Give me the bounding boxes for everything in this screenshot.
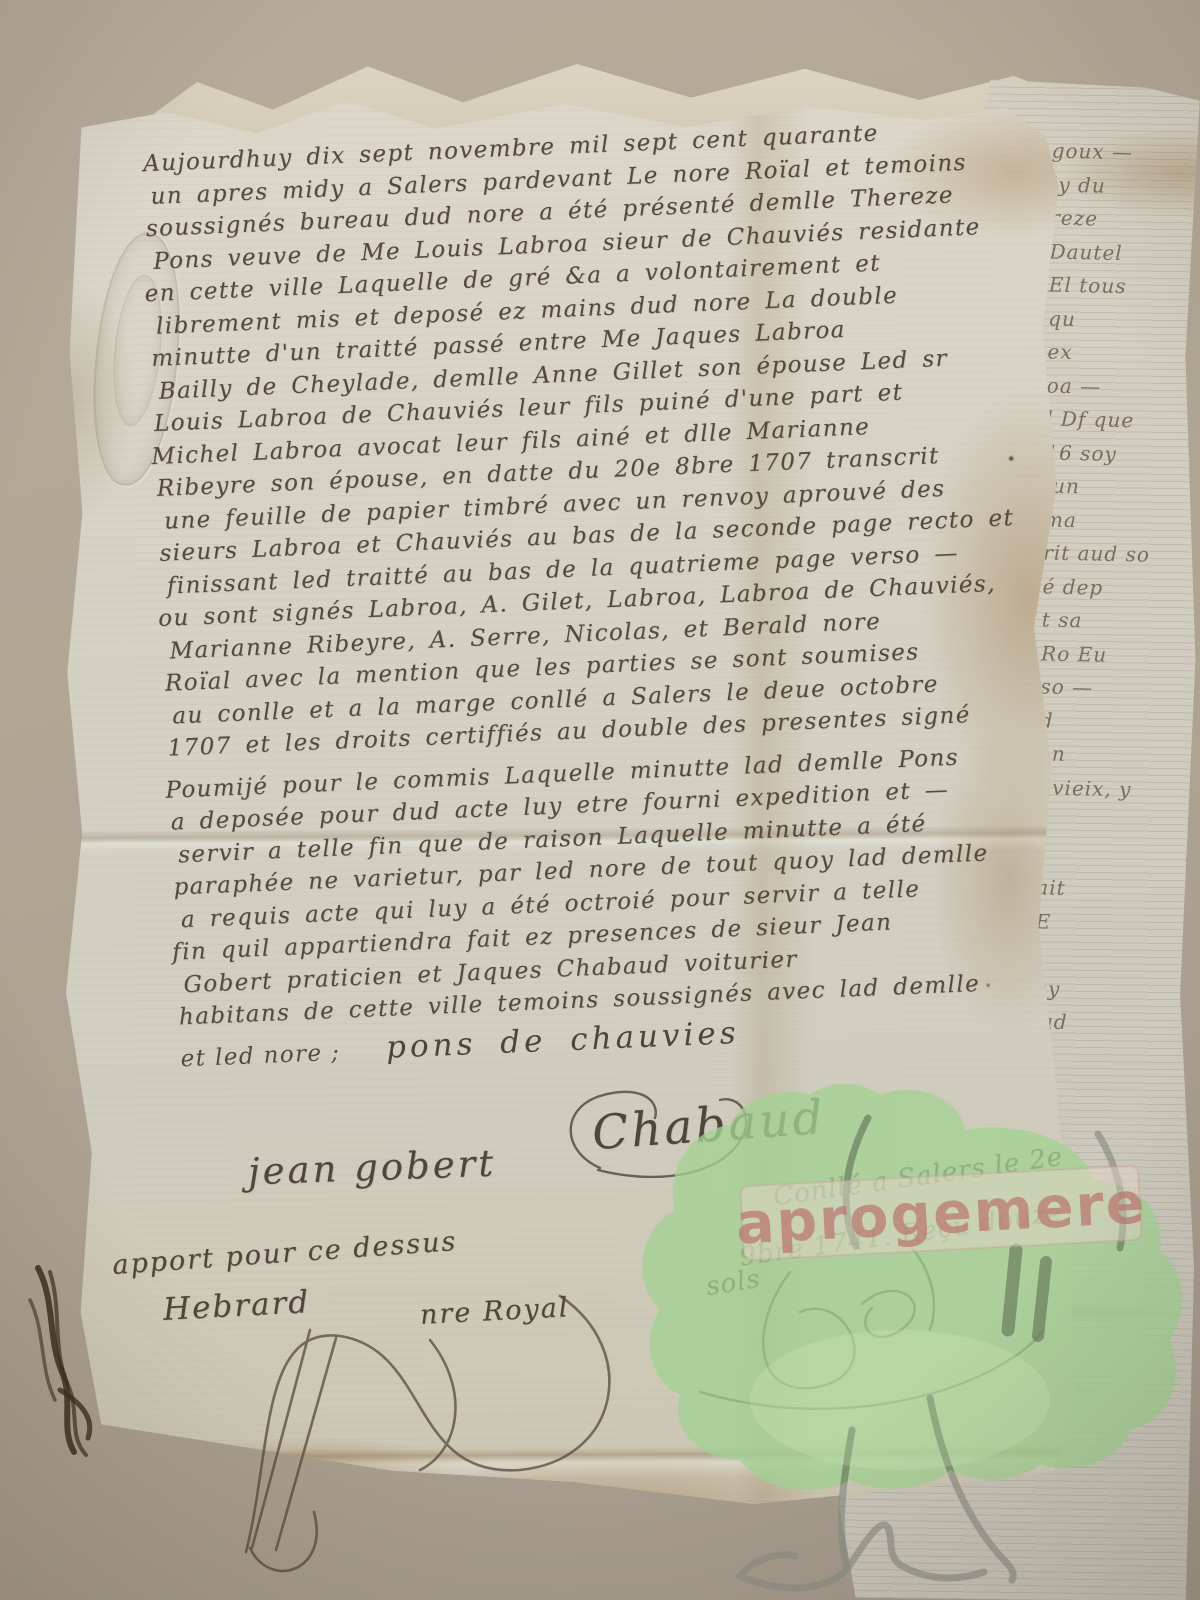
edge-fragment: d	[1039, 704, 1190, 741]
edge-fragment: ma	[1044, 503, 1195, 540]
edge-fragment: so —	[1040, 670, 1191, 707]
closing-line: et led nore ;	[180, 1039, 341, 1072]
edge-fragment: qu	[1048, 302, 1199, 339]
edge-fragment	[1032, 1039, 1183, 1076]
edge-fragment: goux —	[1051, 135, 1200, 172]
edge-fragment: lad	[1033, 1005, 1184, 1042]
edge-fragment: oa —	[1046, 369, 1197, 406]
edge-fragment: E	[1035, 905, 1186, 942]
edge-fragment: 16 soy	[1045, 436, 1196, 473]
edge-fragment: é dep	[1042, 570, 1193, 607]
manuscript-text-block: Aujourdhuy dix sept novembre mil sept ce…	[143, 110, 1086, 1074]
edge-fragment: uvieix, y	[1038, 771, 1189, 808]
edge-fragment: reze	[1050, 202, 1200, 239]
edge-fragment	[1037, 804, 1188, 841]
edge-fragment: Ro Eu	[1041, 637, 1192, 674]
edge-fragment: lun	[1044, 469, 1195, 506]
edge-fragment	[1035, 938, 1186, 975]
edge-fragment: ex	[1047, 335, 1198, 372]
edge-fragment	[1037, 838, 1188, 875]
edge-fragment: ait	[1036, 871, 1187, 908]
edge-fragment: uy	[1034, 972, 1185, 1009]
edge-fragment: ly du	[1051, 168, 1200, 205]
edge-fragment: l Df que	[1046, 402, 1197, 439]
photo-canvas: { "photo": { "backdrop_color": "#ac9f8f"…	[0, 0, 1200, 1600]
signature-jean-gobert: jean gobert	[247, 1142, 496, 1194]
edge-fragment: rit aud so	[1043, 536, 1194, 573]
edge-fragment: El tous	[1049, 269, 1200, 306]
signature-hebrard: Hebrard	[162, 1284, 311, 1328]
edge-fragment: Dautel	[1049, 235, 1200, 272]
edge-fragment: en	[1039, 737, 1190, 774]
underlying-sheet-text-fragments: goux —ly durezeDautelEl tousquexoa —l Df…	[1032, 135, 1200, 1098]
edge-fragment: t sa	[1042, 603, 1193, 640]
